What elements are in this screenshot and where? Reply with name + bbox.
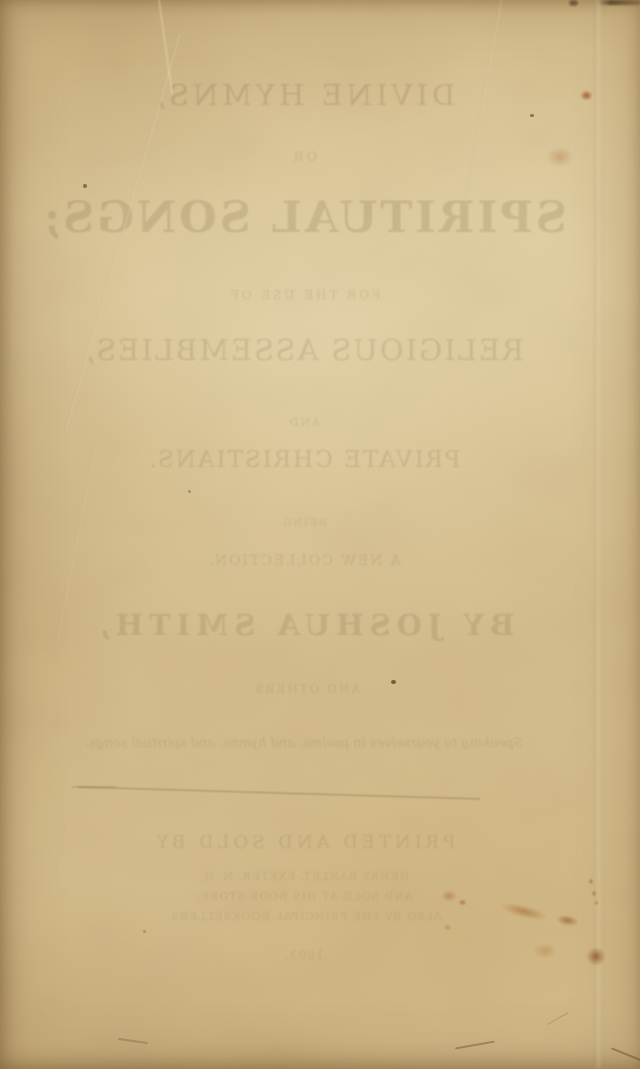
crease-line	[464, 0, 503, 207]
crease-line	[65, 35, 181, 430]
edge-mark	[598, 0, 640, 5]
rust-stain	[594, 900, 599, 906]
ghost-line-imprint-1: PRINTED AND SOLD BY	[0, 832, 608, 853]
paper-grain-texture	[0, 0, 640, 1069]
ghost-line-for-the-use-of: FOR THE USE OF	[0, 288, 608, 302]
ink-speck	[143, 930, 146, 933]
edge-mark	[569, 0, 578, 6]
paper-fiber	[118, 1038, 148, 1044]
ink-speck	[188, 490, 191, 493]
rust-stain	[555, 913, 580, 928]
ghost-line-and-others: AND OTHERS.	[0, 682, 608, 696]
rust-stain	[591, 890, 597, 897]
ghost-line-and: AND	[0, 416, 608, 429]
ghost-line-imprint-2: HENRY RANLET, EXETER, N. H.	[0, 870, 608, 883]
ghost-line-being: BEING	[0, 518, 608, 529]
ink-speck	[391, 680, 396, 684]
ghost-line-scripture: Speaking to yourselves in psalms, and hy…	[0, 736, 608, 751]
ghost-line-imprint-4: ALSO BY THE PRINCIPAL BOOKSELLERS.	[0, 910, 608, 923]
ghost-rule	[78, 786, 480, 800]
ghost-line-collection: A NEW COLLECTION.	[0, 553, 608, 569]
ink-speck	[530, 114, 534, 117]
rust-stain	[580, 90, 593, 101]
paper-fiber	[547, 1012, 568, 1025]
ghost-line-or: OR	[0, 150, 608, 165]
bleed-through-text: DIVINE HYMNS, OR SPIRITUAL SONGS; FOR TH…	[0, 0, 608, 1069]
rust-stain	[458, 899, 467, 906]
ink-speck	[83, 184, 87, 188]
rust-stain	[533, 943, 557, 959]
rust-stain	[443, 924, 452, 931]
ghost-line-author: BY JOSHUA SMITH,	[0, 608, 608, 642]
rust-stain	[441, 890, 457, 902]
rust-stain	[546, 147, 574, 167]
rust-stain	[586, 947, 606, 966]
ghost-line-title-1: DIVINE HYMNS,	[0, 78, 608, 112]
ghost-line-private: PRIVATE CHRISTIANS.	[0, 447, 608, 473]
ghost-line-imprint-3: AND SOLD AT HIS BOOK-STORE;	[0, 890, 608, 903]
ghost-rule-short	[72, 786, 116, 788]
crease-line	[55, 438, 97, 645]
rust-stain	[588, 878, 594, 885]
ghost-line-title-main: SPIRITUAL SONGS;	[0, 193, 608, 243]
paper-fiber	[455, 1041, 495, 1050]
paper-fiber	[611, 1047, 640, 1062]
rust-stain	[499, 899, 549, 923]
book-page: DIVINE HYMNS, OR SPIRITUAL SONGS; FOR TH…	[0, 0, 640, 1069]
ghost-line-assemblies: RELIGIOUS ASSEMBLIES,	[0, 333, 608, 367]
crease-line	[158, 0, 173, 94]
ghost-line-year: 1803.	[0, 948, 608, 962]
crease-line	[594, 0, 603, 1069]
